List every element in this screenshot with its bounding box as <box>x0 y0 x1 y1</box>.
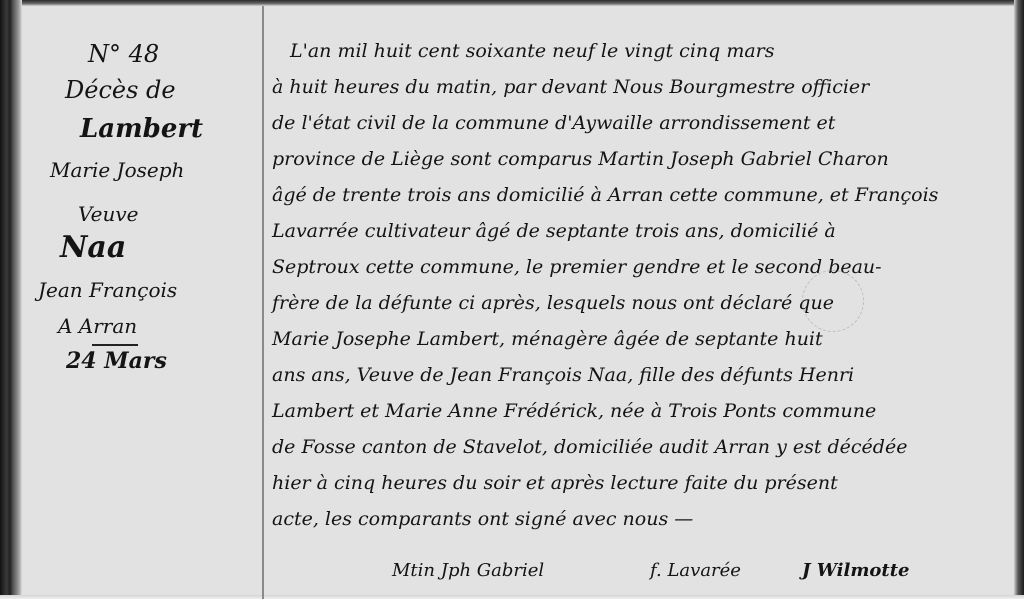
deceased-surname: Lambert <box>80 114 203 144</box>
place: A Arran <box>58 314 137 338</box>
marital-status: Veuve <box>78 202 138 226</box>
signature-officer: J Wilmotte <box>802 560 910 581</box>
divider-flourish <box>92 344 138 346</box>
record-line: à huit heures du matin, par devant Nous … <box>272 72 869 102</box>
page-right-edge <box>1014 0 1024 599</box>
record-line: Septroux cette commune, le premier gendr… <box>272 252 882 282</box>
record-line: acte, les comparants ont signé avec nous… <box>272 504 693 534</box>
register-page: N° 48 Décès de Lambert Marie Joseph Veuv… <box>0 0 1024 599</box>
book-binding <box>0 0 22 599</box>
spouse-surname: Naa <box>60 230 126 265</box>
page-top-edge <box>0 0 1024 6</box>
signature-witness-2: f. Lavarée <box>650 560 741 581</box>
record-line: âgé de trente trois ans domicilié à Arra… <box>272 180 938 210</box>
entry-heading: Décès de <box>65 76 176 104</box>
page-bottom-edge <box>0 595 1024 599</box>
record-line: de l'état civil de la commune d'Aywaille… <box>272 108 835 138</box>
record-line: Lambert et Marie Anne Frédérick, née à T… <box>272 396 876 426</box>
record-line: province de Liège sont comparus Martin J… <box>272 144 889 174</box>
record-line: hier à cinq heures du soir et après lect… <box>272 468 838 498</box>
record-line: de Fosse canton de Stavelot, domiciliée … <box>272 432 907 462</box>
record-line: ans ans, Veuve de Jean François Naa, fil… <box>272 360 854 390</box>
margin-rule-line <box>262 6 264 599</box>
faint-stamp-mark <box>802 270 864 332</box>
spouse-given-names: Jean François <box>38 278 177 302</box>
signatures: Mtin Jph Gabriel f. Lavarée J Wilmotte <box>272 560 1012 590</box>
record-line: L'an mil huit cent soixante neuf le ving… <box>290 36 775 66</box>
entry-date: 24 Mars <box>66 348 167 374</box>
record-line: Marie Josephe Lambert, ménagère âgée de … <box>272 324 823 354</box>
signature-witness-1: Mtin Jph Gabriel <box>392 560 544 581</box>
record-line: frère de la défunte ci après, lesquels n… <box>272 288 834 318</box>
record-line: Lavarrée cultivateur âgé de septante tro… <box>272 216 836 246</box>
deceased-given-names: Marie Joseph <box>50 158 184 182</box>
entry-number: N° 48 <box>88 40 159 68</box>
